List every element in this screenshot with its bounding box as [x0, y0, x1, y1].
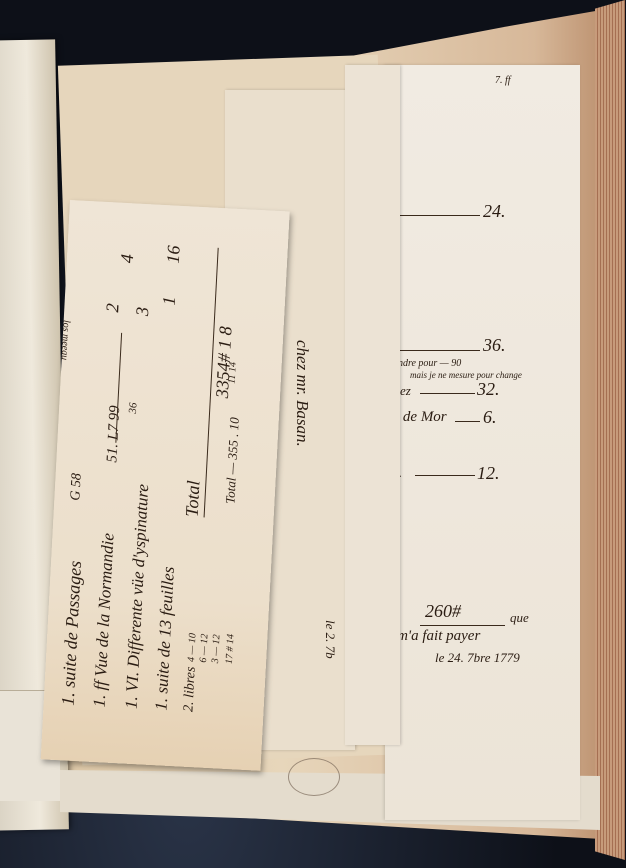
total-label: Total — [182, 480, 205, 517]
sum-row: 3 — 12 — [210, 634, 222, 663]
sum-row: 17 # 14 — [224, 634, 237, 665]
photo-scene: 2005.1.54 7. ff 24. 36. rendre pour — 90… — [0, 0, 626, 868]
column-value: 16 — [163, 245, 185, 264]
column-value: 2 — [102, 303, 123, 313]
receipt-date: le 24. 7bre 1779 — [435, 650, 520, 666]
slip-line: 1. suite de 13 feuilles — [151, 566, 179, 711]
column-value: 3 — [132, 306, 153, 316]
middle-sheet-footer: le 2. 7b — [322, 620, 338, 659]
left-slip: los meeau 1. suite de Passages 1. ff Vue… — [41, 200, 290, 771]
right-sheet: 7. ff 24. 36. rendre pour — 90 mais je n… — [385, 65, 580, 820]
middle-sheet-text: chez mr. Basan. — [292, 340, 312, 447]
entry-value: 6. — [483, 407, 497, 428]
total-amount: 260# — [425, 601, 461, 622]
slip-figure: 51. L7 99 — [104, 405, 124, 463]
paper-strip — [345, 65, 400, 745]
slip-figure: 36 — [127, 402, 140, 414]
slip-line: 2. libres — [181, 666, 199, 712]
note-line: rendre pour — 90 — [390, 358, 461, 369]
entry-value: 24. — [483, 201, 506, 222]
entry-value: 36. — [483, 335, 506, 356]
corner-note: 7. ff — [495, 75, 511, 86]
slip-line: 1. VI. Differente vüe d'yspinature — [121, 483, 153, 709]
sum-row: 4 — 10 — [186, 633, 198, 662]
sum-row: 6 — 12 — [198, 633, 210, 662]
column-value: 1 — [159, 296, 180, 306]
entry-value: 32. — [477, 379, 500, 400]
total-sub: 11 14 — [227, 362, 239, 384]
slip-figure: G 58 — [68, 473, 85, 501]
entry-value: 12. — [477, 463, 500, 484]
column-value: 4 — [117, 254, 138, 264]
monogram-stamp — [288, 758, 340, 796]
note-line: mais je ne mesure pour change — [410, 370, 522, 380]
total-line: Total — 355 . 10 — [222, 417, 243, 504]
page-edges — [595, 0, 625, 860]
slip-line: 1. suite de Passages — [58, 560, 87, 706]
slip-line: 1. ff Vue de la Normandie — [90, 533, 119, 708]
marginal-note: los meeau — [59, 320, 72, 361]
receipt-text: que — [510, 610, 529, 626]
